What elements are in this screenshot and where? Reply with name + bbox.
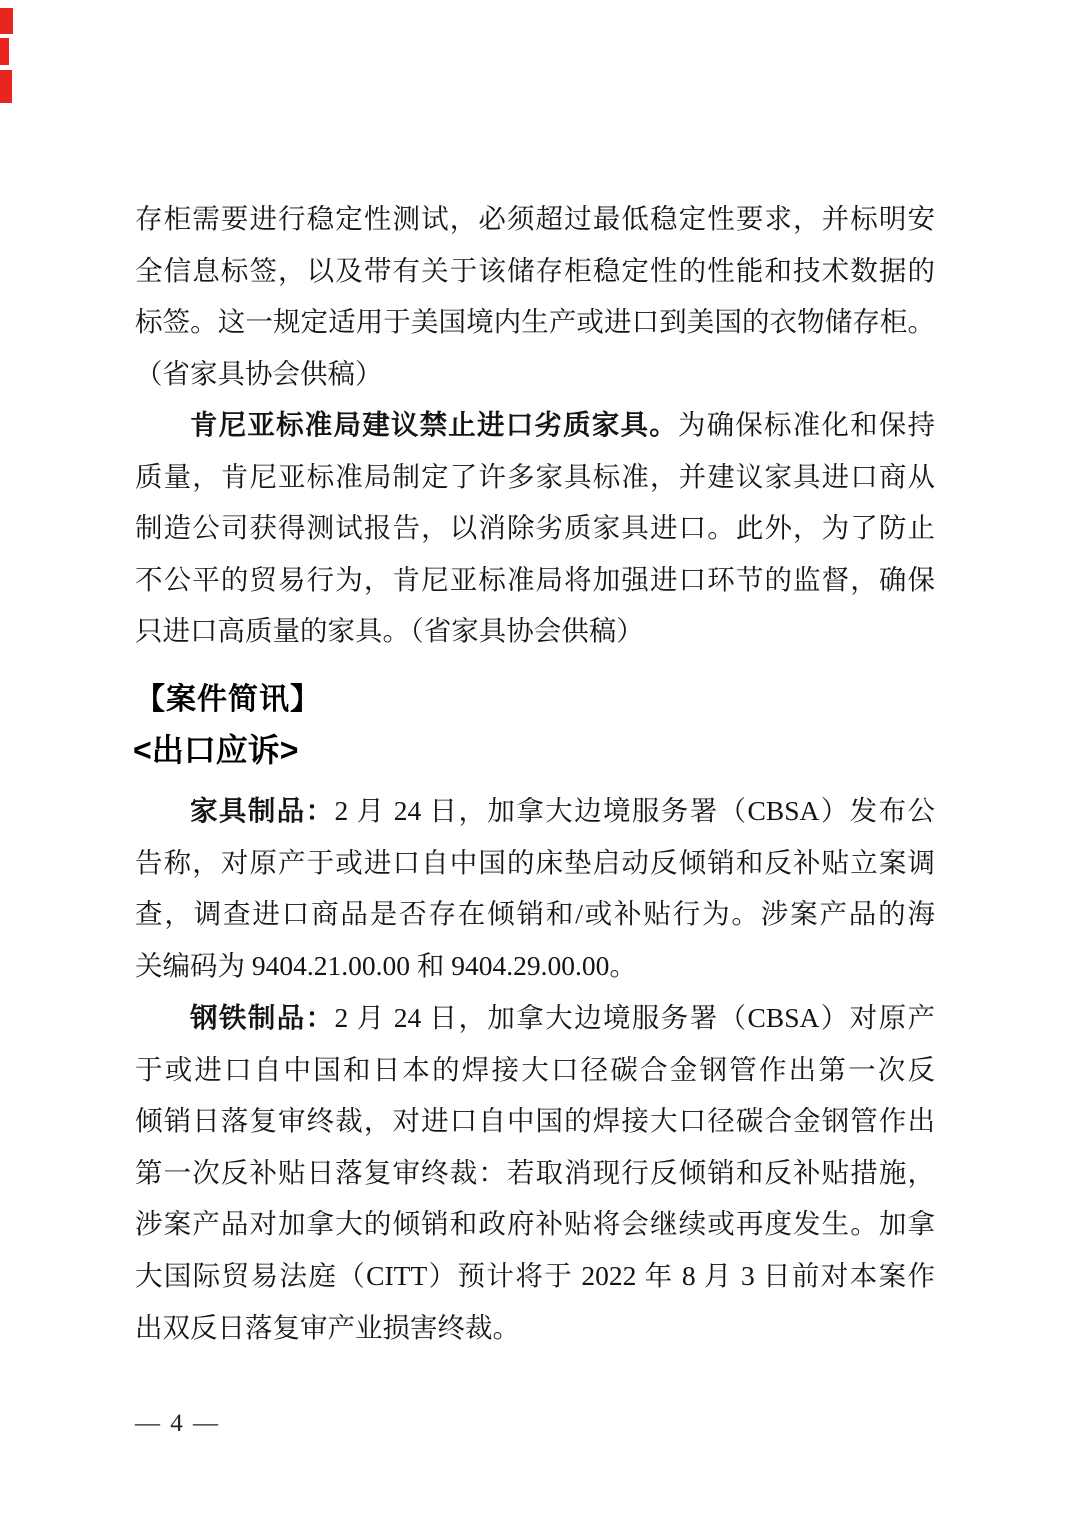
paragraph-line-text: 2 月 24 日，加拿大边境服务署（CBSA）发布公	[335, 795, 935, 826]
paragraph-line: 标签。这一规定适用于美国境内生产或进口到美国的衣物储存柜。	[135, 296, 935, 348]
paragraph-line: 全信息标签，以及带有关于该储存柜稳定性的性能和技术数据的	[135, 245, 935, 297]
paragraph-lead-bold: 肯尼亚标准局建议禁止进口劣质家具。	[190, 409, 678, 440]
paragraph-line: 不公平的贸易行为，肯尼亚标准局将加强进口环节的监督，确保	[135, 554, 935, 606]
paragraph-line-text: 为确保标准化和保持	[678, 409, 935, 440]
page-number: — 4 —	[135, 1408, 220, 1440]
paragraph-storage-cabinet: 存柜需要进行稳定性测试，必须超过最低稳定性要求，并标明安 全信息标签，以及带有关…	[135, 193, 935, 399]
paragraph-kenya-standards: 肯尼亚标准局建议禁止进口劣质家具。为确保标准化和保持 质量，肯尼亚标准局制定了许…	[135, 399, 935, 657]
paragraph-lead-bold: 家具制品：	[190, 795, 335, 826]
document-page: 存柜需要进行稳定性测试，必须超过最低稳定性要求，并标明安 全信息标签，以及带有关…	[0, 0, 1076, 1521]
section-heading-export-response: <出口应诉>	[133, 726, 933, 774]
paragraph-line: 钢铁制品：2 月 24 日，加拿大边境服务署（CBSA）对原产	[135, 992, 935, 1044]
paragraph-line: 出双反日落复审产业损害终裁。	[135, 1302, 935, 1354]
paragraph-line: 倾销日落复审终裁，对进口自中国的焊接大口径碳合金钢管作出	[135, 1095, 935, 1147]
red-edge-mark	[0, 8, 13, 34]
paragraph-line: 存柜需要进行稳定性测试，必须超过最低稳定性要求，并标明安	[135, 193, 935, 245]
paragraph-steel-products: 钢铁制品：2 月 24 日，加拿大边境服务署（CBSA）对原产 于或进口自中国和…	[135, 992, 935, 1353]
paragraph-line: 肯尼亚标准局建议禁止进口劣质家具。为确保标准化和保持	[135, 399, 935, 451]
paragraph-line: 质量，肯尼亚标准局制定了许多家具标准，并建议家具进口商从	[135, 451, 935, 503]
paragraph-line: （省家具协会供稿）	[135, 348, 935, 400]
paragraph-furniture-products: 家具制品：2 月 24 日，加拿大边境服务署（CBSA）发布公 告称，对原产于或…	[135, 785, 935, 991]
paragraph-line: 第一次反补贴日落复审终裁：若取消现行反倾销和反补贴措施，	[135, 1147, 935, 1199]
paragraph-line: 查，调查进口商品是否存在倾销和/或补贴行为。涉案产品的海	[135, 888, 935, 940]
paragraph-line: 于或进口自中国和日本的焊接大口径碳合金钢管作出第一次反	[135, 1044, 935, 1096]
paragraph-line: 大国际贸易法庭（CITT）预计将于 2022 年 8 月 3 日前对本案作	[135, 1250, 935, 1302]
paragraph-lead-bold: 钢铁制品：	[190, 1002, 335, 1033]
paragraph-line: 告称，对原产于或进口自中国的床垫启动反倾销和反补贴立案调	[135, 837, 935, 889]
paragraph-line: 制造公司获得测试报告，以消除劣质家具进口。此外，为了防止	[135, 502, 935, 554]
paragraph-line: 只进口高质量的家具。（省家具协会供稿）	[135, 605, 935, 657]
paragraph-line: 关编码为 9404.21.00.00 和 9404.29.00.00。	[135, 940, 935, 992]
red-edge-mark	[0, 70, 12, 103]
paragraph-line: 家具制品：2 月 24 日，加拿大边境服务署（CBSA）发布公	[135, 785, 935, 837]
paragraph-line-text: 2 月 24 日，加拿大边境服务署（CBSA）对原产	[335, 1002, 935, 1033]
red-edge-mark	[0, 38, 9, 65]
paragraph-line: 涉案产品对加拿大的倾销和政府补贴将会继续或再度发生。加拿	[135, 1198, 935, 1250]
section-heading-case-bulletin: 【案件简讯】	[135, 678, 935, 722]
